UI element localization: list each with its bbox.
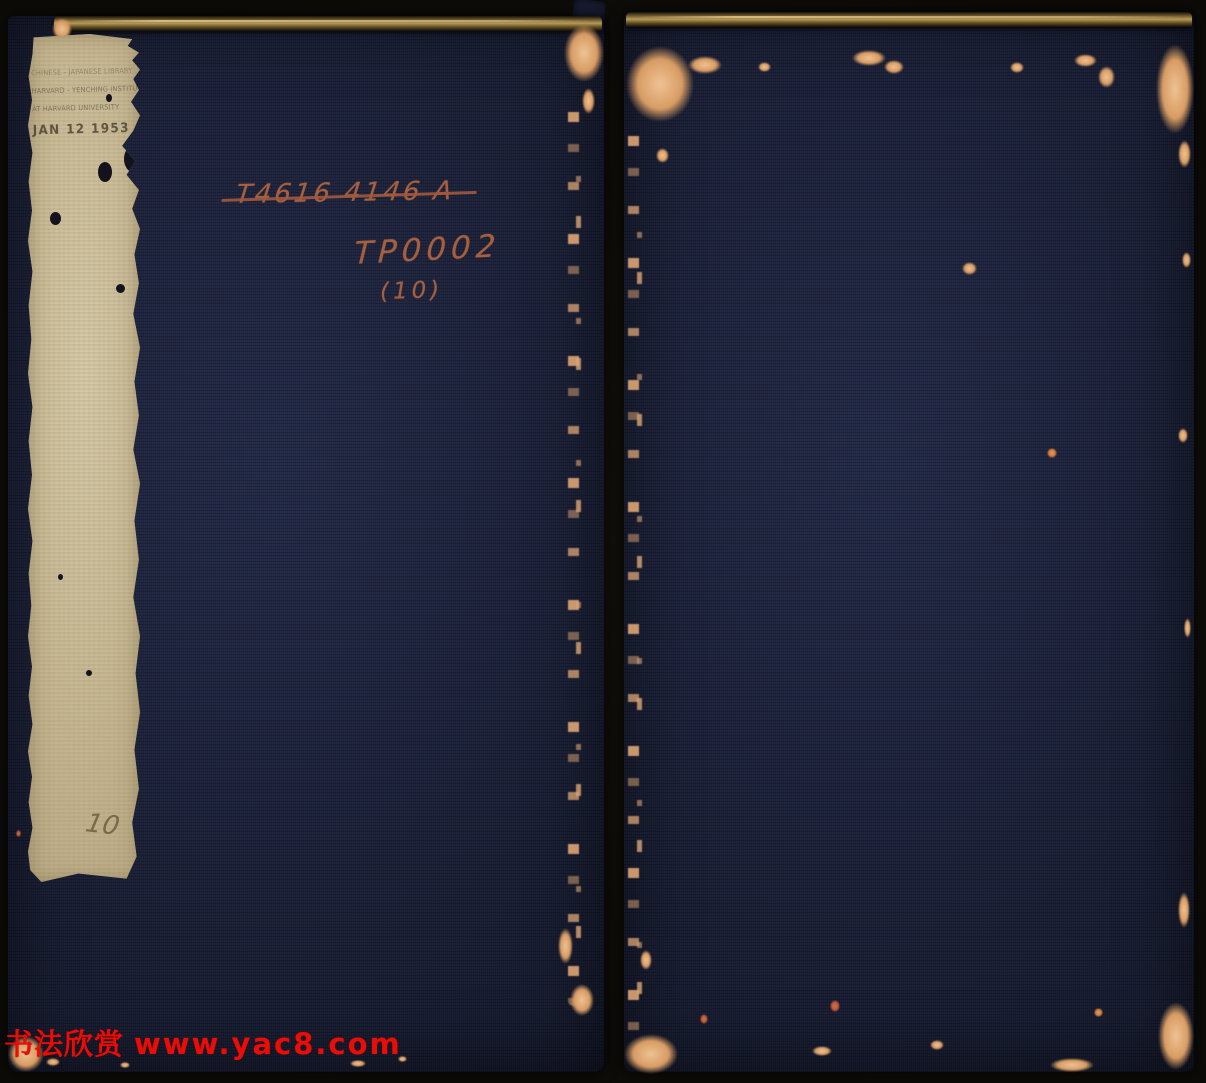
wear-streak <box>637 202 642 1002</box>
wear-spot <box>830 1000 840 1012</box>
wear-spot <box>1098 66 1115 88</box>
wear-spot <box>930 1040 944 1050</box>
label-hole <box>58 574 63 580</box>
stamp-line-university: AT HARVARD UNIVERSITY <box>32 103 132 115</box>
label-hole <box>50 212 61 225</box>
wear-spot <box>1158 1002 1194 1070</box>
left-book-cover: CHINESE - JAPANESE LIBRARY HARVARD - YEN… <box>8 16 604 1072</box>
wear-spot <box>1178 140 1191 168</box>
wear-spot <box>1182 252 1191 268</box>
pencil-number: 10 <box>83 809 122 842</box>
wear-spot <box>1156 44 1194 134</box>
wear-spot <box>624 1034 678 1074</box>
library-stamp: CHINESE - JAPANESE LIBRARY HARVARD - YEN… <box>31 67 139 139</box>
wear-spot <box>1074 54 1097 67</box>
wear-spot <box>1010 62 1024 73</box>
stamp-date: JAN 12 1953 <box>33 121 131 139</box>
watermark-url: www.yac8.com <box>134 1027 402 1061</box>
wear-spot <box>700 1014 708 1024</box>
watermark: 书法欣赏www.yac8.com <box>4 1022 402 1063</box>
watermark-site-name: 书法欣赏 <box>4 1027 124 1061</box>
wear-spot <box>564 24 604 82</box>
wear-spot <box>688 56 722 74</box>
wear-spot <box>1184 618 1191 638</box>
wear-spot <box>1047 448 1057 458</box>
wear-spot <box>558 928 573 964</box>
wear-spot <box>884 60 904 74</box>
call-number: TP0002 <box>353 228 501 272</box>
wear-spot <box>582 88 595 114</box>
right-cover-top-edge <box>626 12 1192 27</box>
volume-number: (10) <box>380 277 444 305</box>
left-cover-top-edge <box>54 16 602 31</box>
call-number-crossed-out: T4616 4146 A <box>234 176 456 210</box>
right-book-cover <box>624 12 1194 1072</box>
wear-streak <box>576 146 581 986</box>
wear-spot <box>570 984 594 1016</box>
wear-spot <box>852 50 886 66</box>
wear-spot <box>812 1046 832 1056</box>
label-hole <box>98 162 112 182</box>
wear-spot <box>626 46 694 122</box>
wear-spot <box>656 148 669 163</box>
wear-spot <box>1178 892 1190 928</box>
wear-spot <box>962 262 977 275</box>
library-label-strip: CHINESE - JAPANESE LIBRARY HARVARD - YEN… <box>28 34 140 882</box>
wear-spot <box>1178 428 1188 443</box>
label-hole <box>124 146 142 172</box>
photo-backdrop: CHINESE - JAPANESE LIBRARY HARVARD - YEN… <box>0 0 1206 1083</box>
wear-spot <box>640 950 652 970</box>
stamp-line-institute: HARVARD - YENCHING INSTITUTE <box>32 85 132 97</box>
wear-spot <box>1094 1008 1103 1017</box>
label-hole <box>116 284 125 293</box>
wear-spot <box>1050 1058 1094 1072</box>
stamp-line-library: CHINESE - JAPANESE LIBRARY <box>31 67 131 79</box>
wear-spot <box>758 62 771 72</box>
wear-spot <box>16 830 21 837</box>
label-hole <box>86 670 92 676</box>
